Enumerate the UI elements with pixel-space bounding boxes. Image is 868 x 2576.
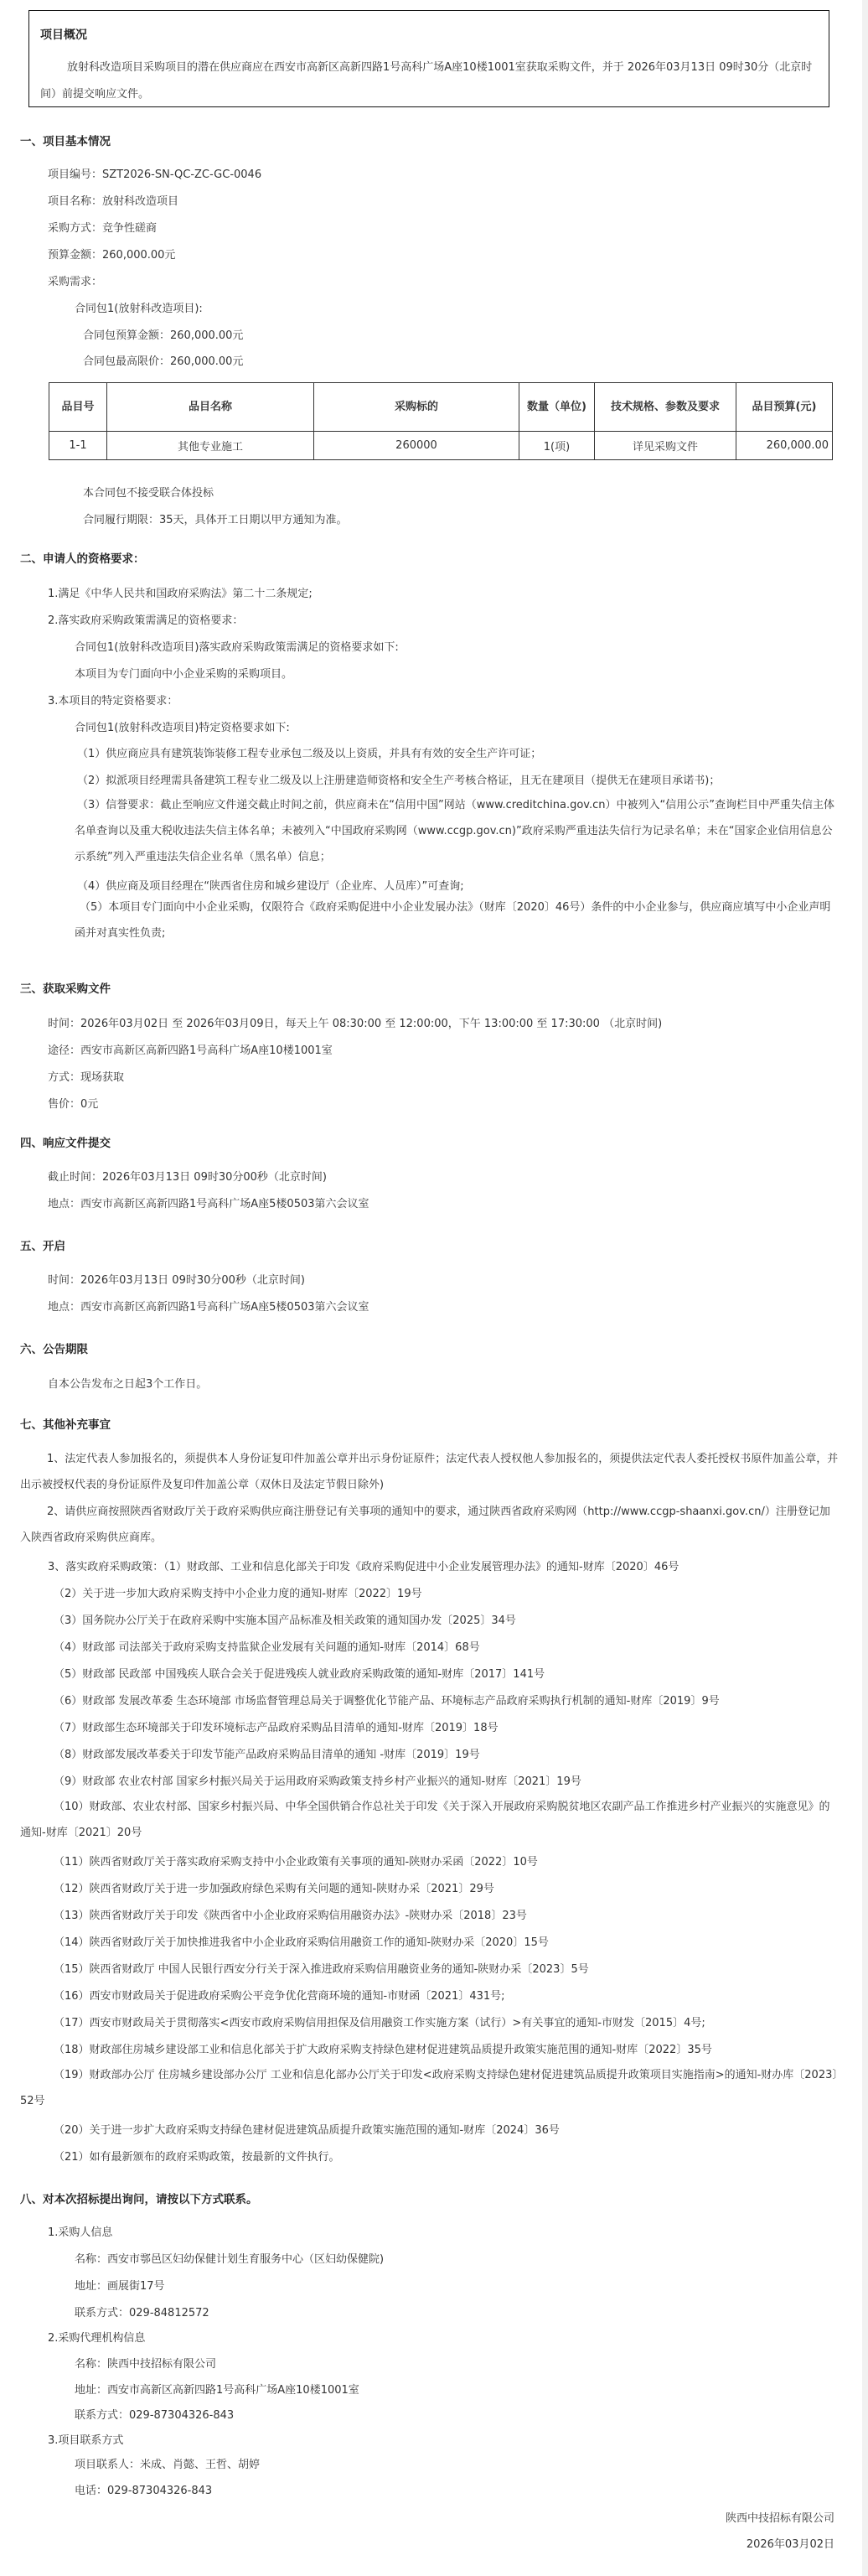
policy-4: （4）财政部 司法部关于政府采购支持监狱企业发展有关问题的通知-财库〔2014〕… (54, 1638, 480, 1654)
buyer-info-title: 1.采购人信息 (48, 2223, 112, 2239)
acquire-price: 售价：0元 (48, 1095, 98, 1111)
condition-1: （1）供应商应具有建筑装饰装修工程专业承包二级及以上资质，并具有有效的安全生产许… (77, 744, 541, 760)
cell-item-no: 1-1 (49, 432, 107, 460)
policy-15: （15）陕西省财政厅 中国人民银行西安分行关于深入推进政府采购信用融资业务的通知… (54, 1960, 589, 1976)
section-1-heading: 一、项目基本情况 (20, 132, 111, 148)
supplement-1: 1、法定代表人参加报名的，须提供本人身份证复印件加盖公章并出示身份证原件；法定代… (20, 1446, 839, 1498)
col-header-item-budget: 品目预算(元) (736, 383, 833, 432)
supplement-2: 2、请供应商按照陕西省财政厅关于政府采购供应商注册登记有关事项的通知中的要求，通… (20, 1499, 839, 1551)
table-header-row: 品目号 品目名称 采购标的 数量（单位) 技术规格、参数及要求 品目预算(元) (49, 383, 833, 432)
policy-11: （11）陕西省财政厅关于落实政府采购支持中小企业政策有关事项的通知-陕财办采函〔… (54, 1853, 538, 1869)
req-3a: 合同包1(放射科改造项目)特定资格要求如下: (75, 718, 290, 734)
buyer-contact: 联系方式：029-84812572 (75, 2304, 209, 2319)
policy-19: （19）财政部办公厅 住房城乡建设部办公厅 工业和信息化部办公厅关于印发<政府采… (20, 2062, 839, 2114)
policy-5: （5）财政部 民政部 中国残疾人联合会关于促进残疾人就业政府采购政策的通知-财库… (54, 1665, 545, 1681)
col-header-item-name: 品目名称 (107, 383, 314, 432)
policy-16: （16）西安市财政局关于促进政府采购公平竞争优化营商环境的通知-市财函〔2021… (54, 1987, 505, 2003)
acquire-time: 时间：2026年03月02日 至 2026年03月09日，每天上午 08:30:… (48, 1014, 662, 1030)
policy-7: （7）财政部生态环境部关于印发环境标志产品政府采购品目清单的通知-财库〔2019… (54, 1718, 499, 1734)
opening-time: 时间：2026年03月13日 09时30分00秒（北京时间) (48, 1271, 305, 1287)
overview-title: 项目概况 (40, 26, 87, 43)
buyer-name: 名称：西安市鄠邑区妇幼保健计划生育服务中心（区妇幼保健院) (75, 2250, 384, 2266)
project-contact-phone: 电话：029-87304326-843 (75, 2481, 212, 2497)
contract-package-label: 合同包1(放射科改造项目): (75, 299, 203, 315)
submit-deadline: 截止时间：2026年03月13日 09时30分00秒（北京时间) (48, 1168, 327, 1184)
policy-14: （14）陕西省财政厅关于加快推进我省中小企业政府采购信用融资工作的通知-陕财办采… (54, 1933, 549, 1949)
section-4-heading: 四、响应文件提交 (20, 1133, 111, 1150)
agent-contact: 联系方式：029-87304326-843 (75, 2406, 234, 2422)
condition-2: （2）拟派项目经理需具备建筑工程专业二级及以上注册建造师资格和安全生产考核合格证… (77, 771, 720, 787)
condition-4: （4）供应商及项目经理在“陕西省住房和城乡建设厅（企业库、人员库）”可查询; (77, 877, 464, 893)
cell-quantity: 1(项) (519, 432, 595, 460)
req-3: 3.本项目的特定资格要求： (48, 692, 178, 707)
budget-amount: 预算金额：260,000.00元 (48, 246, 175, 262)
procurement-method: 采购方式：竞争性磋商 (48, 219, 157, 235)
req-2: 2.落实政府采购政策需满足的资格要求： (48, 611, 243, 627)
section-8-heading: 八、对本次招标提出询问，请按以下方式联系。 (20, 2190, 258, 2206)
section-6-heading: 六、公告期限 (20, 1340, 88, 1356)
package-budget: 合同包预算金额：260,000.00元 (83, 326, 243, 342)
condition-3: （3）信誉要求：截止至响应文件递交截止时间之前，供应商未在“信用中国”网站（ww… (75, 792, 839, 870)
col-header-spec: 技术规格、参数及要求 (595, 383, 736, 432)
policy-3: （3）国务院办公厅关于在政府采购中实施本国产品标准及相关政策的通知国办发〔202… (54, 1611, 516, 1627)
req-2a: 合同包1(放射科改造项目)落实政府采购政策需满足的资格要求如下: (75, 638, 399, 654)
items-table: 品目号 品目名称 采购标的 数量（单位) 技术规格、参数及要求 品目预算(元) … (49, 382, 833, 460)
section-5-heading: 五、开启 (20, 1236, 65, 1253)
policy-18: （18）财政部住房城乡建设部工业和信息化部关于扩大政府采购支持绿色建材促进建筑品… (54, 2040, 712, 2056)
section-2-heading: 二、申请人的资格要求： (20, 549, 145, 566)
project-name: 项目名称：放射科改造项目 (48, 192, 178, 208)
contract-period: 合同履行期限：35天，具体开工日期以甲方通知为准。 (83, 511, 348, 526)
col-header-item-no: 品目号 (49, 383, 107, 432)
agent-address: 地址：西安市高新区高新四路1号高科广场A座10楼1001室 (75, 2381, 359, 2397)
notice-period: 自本公告发布之日起3个工作日。 (48, 1375, 207, 1391)
policy-13: （13）陕西省财政厅关于印发《陕西省中小企业政府采购信用融资办法》-陕财办采〔2… (54, 1906, 527, 1922)
agent-name: 名称：陕西中技招标有限公司 (75, 2355, 216, 2371)
cell-spec: 详见采购文件 (595, 432, 736, 460)
section-7-heading: 七、其他补充事宜 (20, 1415, 111, 1432)
policy-8: （8）财政部发展改革委关于印发节能产品政府采购品目清单的通知 -财库〔2019〕… (54, 1745, 480, 1761)
policy-17: （17）西安市财政局关于贯彻落实<西安市政府采购信用担保及信用融资工作实施方案（… (54, 2014, 705, 2029)
overview-text: 放射科改造项目采购项目的潜在供应商应在西安市高新区高新四路1号高科广场A座10楼… (40, 54, 817, 108)
section-3-heading: 三、获取采购文件 (20, 979, 111, 996)
opening-place: 地点：西安市高新区高新四路1号高科广场A座5楼0503第六会议室 (48, 1298, 369, 1314)
policy-6: （6）财政部 发展改革委 生态环境部 市场监督管理总局关于调整优化节能产品、环境… (54, 1692, 720, 1708)
cell-item-name: 其他专业施工 (107, 432, 314, 460)
procurement-demand-label: 采购需求： (48, 272, 102, 288)
acquire-method: 方式：现场获取 (48, 1068, 124, 1084)
buyer-address: 地址：画展街17号 (75, 2277, 165, 2293)
policy-12: （12）陕西省财政厅关于进一步加强政府绿色采购有关问题的通知-陕财办采〔2021… (54, 1879, 494, 1895)
project-overview-box: 项目概况 放射科改造项目采购项目的潜在供应商应在西安市高新区高新四路1号高科广场… (28, 10, 829, 107)
col-header-subject: 采购标的 (314, 383, 519, 432)
policy-9: （9）财政部 农业农村部 国家乡村振兴局关于运用政府采购政策支持乡村产业振兴的通… (54, 1772, 581, 1788)
no-consortium-note: 本合同包不接受联合体投标 (83, 484, 214, 500)
policy-2: （2）关于进一步加大政府采购支持中小企业力度的通知-财库〔2022〕19号 (54, 1584, 422, 1600)
agent-info-title: 2.采购代理机构信息 (48, 2329, 145, 2345)
project-number: 项目编号：SZT2026-SN-QC-ZC-GC-0046 (48, 165, 261, 181)
submit-place: 地点：西安市高新区高新四路1号高科广场A座5楼0503第六会议室 (48, 1195, 369, 1210)
footer-date: 2026年03月02日 (747, 2535, 834, 2551)
condition-5: （5）本项目专门面向中小企业采购，仅限符合《政府采购促进中小企业发展办法》（财库… (75, 894, 839, 946)
project-contact-title: 3.项目联系方式 (48, 2431, 123, 2447)
req-1: 1.满足《中华人民共和国政府采购法》第二十二条规定; (48, 584, 313, 600)
cell-subject: 260000 (314, 432, 519, 460)
vertical-scrollbar[interactable] (862, 0, 868, 2576)
req-2b: 本项目为专门面向中小企业采购的采购项目。 (75, 665, 292, 681)
acquire-route: 途径：西安市高新区高新四路1号高科广场A座10楼1001室 (48, 1041, 333, 1057)
project-contact-people: 项目联系人：米成、肖懿、王哲、胡婷 (75, 2455, 260, 2471)
supplement-3: 3、落实政府采购政策：（1）财政部、工业和信息化部关于印发《政府采购促进中小企业… (48, 1558, 679, 1573)
table-row: 1-1 其他专业施工 260000 1(项) 详见采购文件 260,000.00 (49, 432, 833, 460)
col-header-quantity: 数量（单位) (519, 383, 595, 432)
footer-company: 陕西中技招标有限公司 (726, 2509, 834, 2525)
policy-21: （21）如有最新颁布的政府采购政策，按最新的文件执行。 (54, 2148, 340, 2164)
cell-item-budget: 260,000.00 (736, 432, 833, 460)
package-max-price: 合同包最高限价：260,000.00元 (83, 352, 243, 368)
policy-20: （20）关于进一步扩大政府采购支持绿色建材促进建筑品质提升政策实施范围的通知-财… (54, 2121, 560, 2137)
policy-10: （10）财政部、农业农村部、国家乡村振兴局、中华全国供销合作总社关于印发《关于深… (20, 1794, 839, 1846)
